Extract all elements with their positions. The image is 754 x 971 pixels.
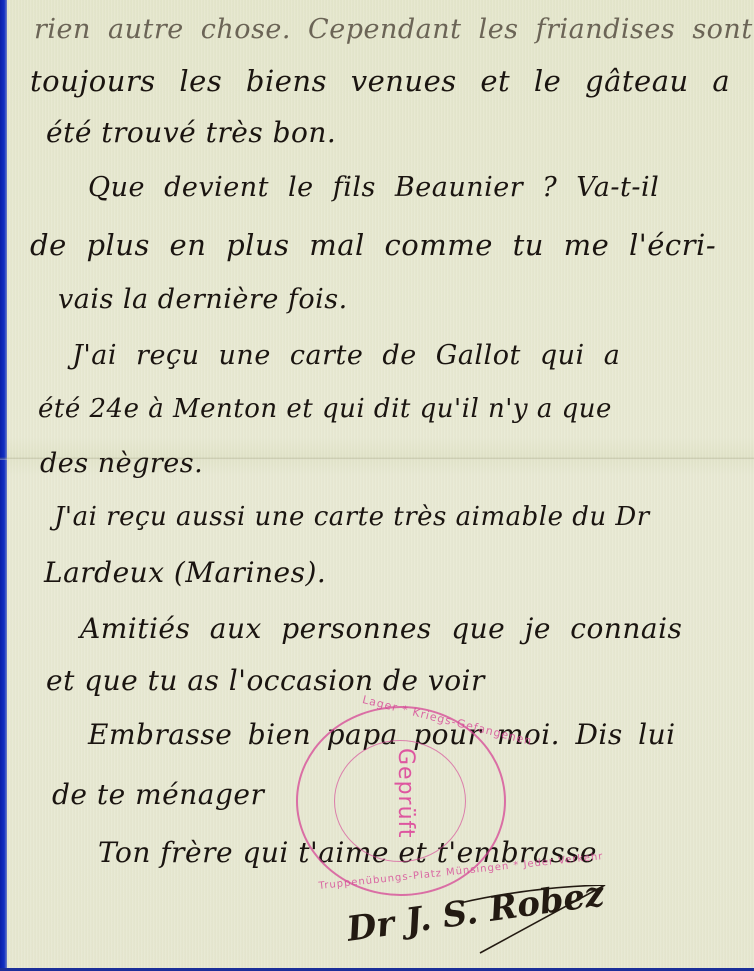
letter-line-15: de te ménager [52, 778, 264, 811]
signature-flourish [440, 885, 620, 955]
letter-line-9: des nègres. [40, 448, 203, 479]
letter-line-6: vais la dernière fois. [58, 284, 348, 315]
letter-line-2: toujours les biens venues et le gâteau a [30, 64, 730, 98]
letter-line-8: été 24e à Menton et qui dit qu'il n'y a … [38, 394, 612, 424]
letter-line-10: J'ai reçu aussi une carte très aimable d… [54, 502, 650, 532]
letter-line-5: de plus en plus mal comme tu me l'écri- [30, 228, 716, 262]
letter-line-3: été trouvé très bon. [46, 116, 336, 149]
censor-stamp-center-text: Geprüft [393, 748, 418, 868]
letter-line-12: Amitiés aux personnes que je connais [80, 612, 682, 645]
letter-line-4: Que devient le fils Beaunier ? Va-t-il [88, 172, 659, 203]
letter-line-1: rien autre chose. Cependant les friandis… [34, 14, 753, 45]
letter-line-13: et que tu as l'occasion de voir [46, 664, 485, 697]
letter-line-11: Lardeux (Marines). [44, 556, 326, 589]
censor-stamp: Lager * Kriegs-Gefangenen Truppenübungs-… [296, 706, 506, 896]
letter-line-7: J'ai reçu une carte de Gallot qui a [72, 340, 620, 371]
blue-left-edge [0, 0, 7, 971]
